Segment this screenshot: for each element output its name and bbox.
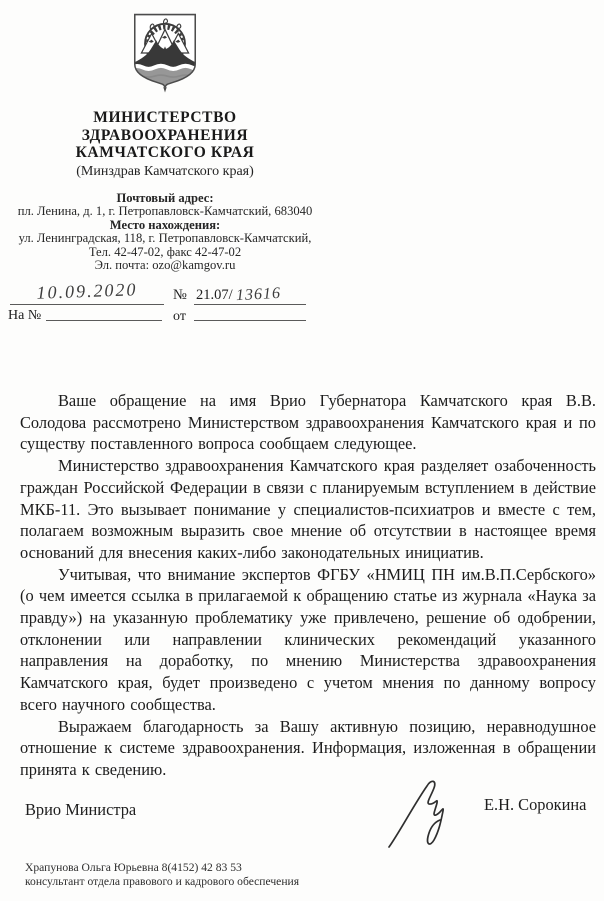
- location-value: ул. Ленинградская, 118, г. Петропавловск…: [0, 232, 330, 246]
- outgoing-number: 21.07/ 13616: [196, 286, 281, 304]
- executor-role: консультант отдела правового и кадрового…: [25, 875, 299, 889]
- address-block: Почтовый адрес: пл. Ленина, д. 1, г. Пет…: [0, 192, 330, 274]
- postal-address-value: пл. Ленина, д. 1, г. Петропавловск-Камча…: [0, 205, 330, 219]
- scanned-letter-page: МИНИСТЕРСТВО ЗДРАВООХРАНЕНИЯ КАМЧАТСКОГО…: [0, 0, 604, 901]
- executor-footer: Храпунова Ольга Юрьевна 8(4152) 42 83 53…: [25, 861, 299, 888]
- from-date-label: от: [173, 309, 186, 325]
- body-paragraph: Ваше обращение на имя Врио Губернатора К…: [20, 390, 596, 455]
- org-name-line1: МИНИСТЕРСТВО: [0, 109, 330, 127]
- number-underline: [194, 304, 306, 305]
- reply-to-label: На №: [8, 308, 41, 324]
- body-paragraph: Министерство здравоохранения Камчатского…: [20, 455, 596, 564]
- org-name-line3: КАМЧАТСКОГО КРАЯ: [0, 144, 330, 162]
- number-handwritten-part: 13616: [236, 285, 282, 305]
- signature-row: Врио Министра Е.Н. Сорокина: [0, 775, 604, 855]
- body-paragraph: Выражаем благодарность за Вашу активную …: [20, 716, 596, 781]
- signer-position: Врио Министра: [25, 800, 136, 820]
- executor-contact: Храпунова Ольга Юрьевна 8(4152) 42 83 53: [25, 861, 299, 875]
- date-underline: [10, 304, 164, 305]
- handwritten-signature: [385, 777, 475, 852]
- coat-of-arms: [132, 12, 198, 99]
- phone-line: Тел. 42-47-02, факс 42-47-02: [0, 246, 330, 260]
- reply-to-underline: [46, 320, 162, 321]
- email-line: Эл. почта: ozo@kamgov.ru: [0, 259, 330, 273]
- letter-body: Ваше обращение на имя Врио Губернатора К…: [20, 390, 596, 781]
- location-label: Место нахождения:: [0, 219, 330, 233]
- handwritten-date: 10.09.2020: [14, 278, 161, 304]
- reference-block: 10.09.2020 № 21.07/ 13616 На № от: [8, 281, 318, 329]
- org-short-name: (Минздрав Камчатского края): [0, 163, 330, 181]
- signer-name: Е.Н. Сорокина: [484, 795, 586, 815]
- body-paragraph: Учитывая, что внимание экспертов ФГБУ «Н…: [20, 564, 596, 716]
- number-sign-label: №: [173, 287, 187, 304]
- kamchatka-coat-of-arms-icon: [132, 12, 198, 94]
- org-name-line2: ЗДРАВООХРАНЕНИЯ: [0, 127, 330, 145]
- org-name: МИНИСТЕРСТВО ЗДРАВООХРАНЕНИЯ КАМЧАТСКОГО…: [0, 109, 330, 162]
- number-printed-part: 21.07/: [196, 287, 233, 303]
- letterhead: МИНИСТЕРСТВО ЗДРАВООХРАНЕНИЯ КАМЧАТСКОГО…: [0, 12, 330, 273]
- postal-address-label: Почтовый адрес:: [0, 192, 330, 206]
- from-date-underline: [194, 320, 306, 321]
